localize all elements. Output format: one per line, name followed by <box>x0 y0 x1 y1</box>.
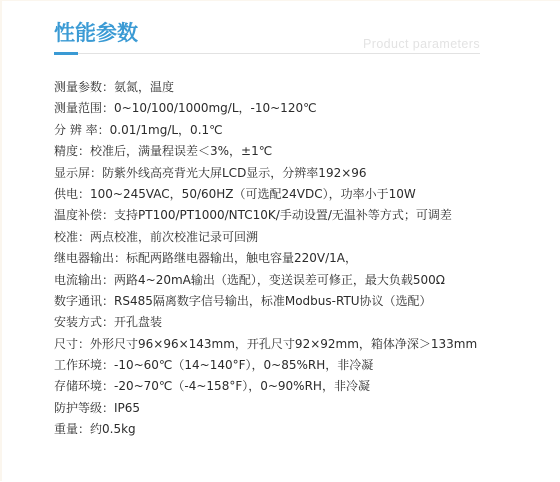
spec-temperature-compensation: 温度补偿：支持PT100/PT1000/NTC10K/手动设置/无温补等方式；可… <box>54 205 477 226</box>
header-divider <box>54 53 480 54</box>
spec-operating-environment: 工作环境：-10~60℃（14~140°F），0~85%RH，非冷凝 <box>54 355 477 376</box>
spec-list: 测量参数：氨氮，温度 测量范围：0~10/100/1000mg/L，-10~12… <box>54 77 477 441</box>
section-header: 性能参数 Product parameters <box>54 18 480 56</box>
section-title: 性能参数 <box>54 20 138 46</box>
spec-relay-output: 继电器输出：标配两路继电器输出，触电容量220V/1A， <box>54 248 477 269</box>
spec-display: 显示屏：防紫外线高亮背光大屏LCD显示，分辨率192×96 <box>54 163 477 184</box>
spec-storage-environment: 存储环境：-20~70℃（-4~158°F），0~90%RH，非冷凝 <box>54 376 477 397</box>
spec-current-output: 电流输出：两路4~20mA输出（选配），变送误差可修正，最大负载500Ω <box>54 270 477 291</box>
spec-accuracy: 精度：校准后，满量程误差＜3%，±1℃ <box>54 141 477 162</box>
spec-protection-level: 防护等级：IP65 <box>54 398 477 419</box>
spec-dimensions: 尺寸：外形尺寸96×96×143mm，开孔尺寸92×92mm，箱体净深＞133m… <box>54 334 477 355</box>
spec-resolution: 分 辨 率：0.01/1mg/L，0.1℃ <box>54 120 477 141</box>
spec-weight: 重量：约0.5kg <box>54 419 477 440</box>
spec-installation: 安装方式：开孔盘装 <box>54 312 477 333</box>
spec-digital-communication: 数字通讯：RS485隔离数字信号输出，标准Modbus-RTU协议（选配） <box>54 291 477 312</box>
spec-measurement-parameters: 测量参数：氨氮，温度 <box>54 77 477 98</box>
spec-measurement-range: 测量范围：0~10/100/1000mg/L，-10~120℃ <box>54 98 477 119</box>
section-subtitle: Product parameters <box>363 37 480 51</box>
spec-power-supply: 供电：100~245VAC，50/60HZ（可选配24VDC），功率小于10W <box>54 184 477 205</box>
spec-calibration: 校准：两点校准，前次校准记录可回溯 <box>54 227 477 248</box>
header-accent-bar <box>54 52 78 55</box>
